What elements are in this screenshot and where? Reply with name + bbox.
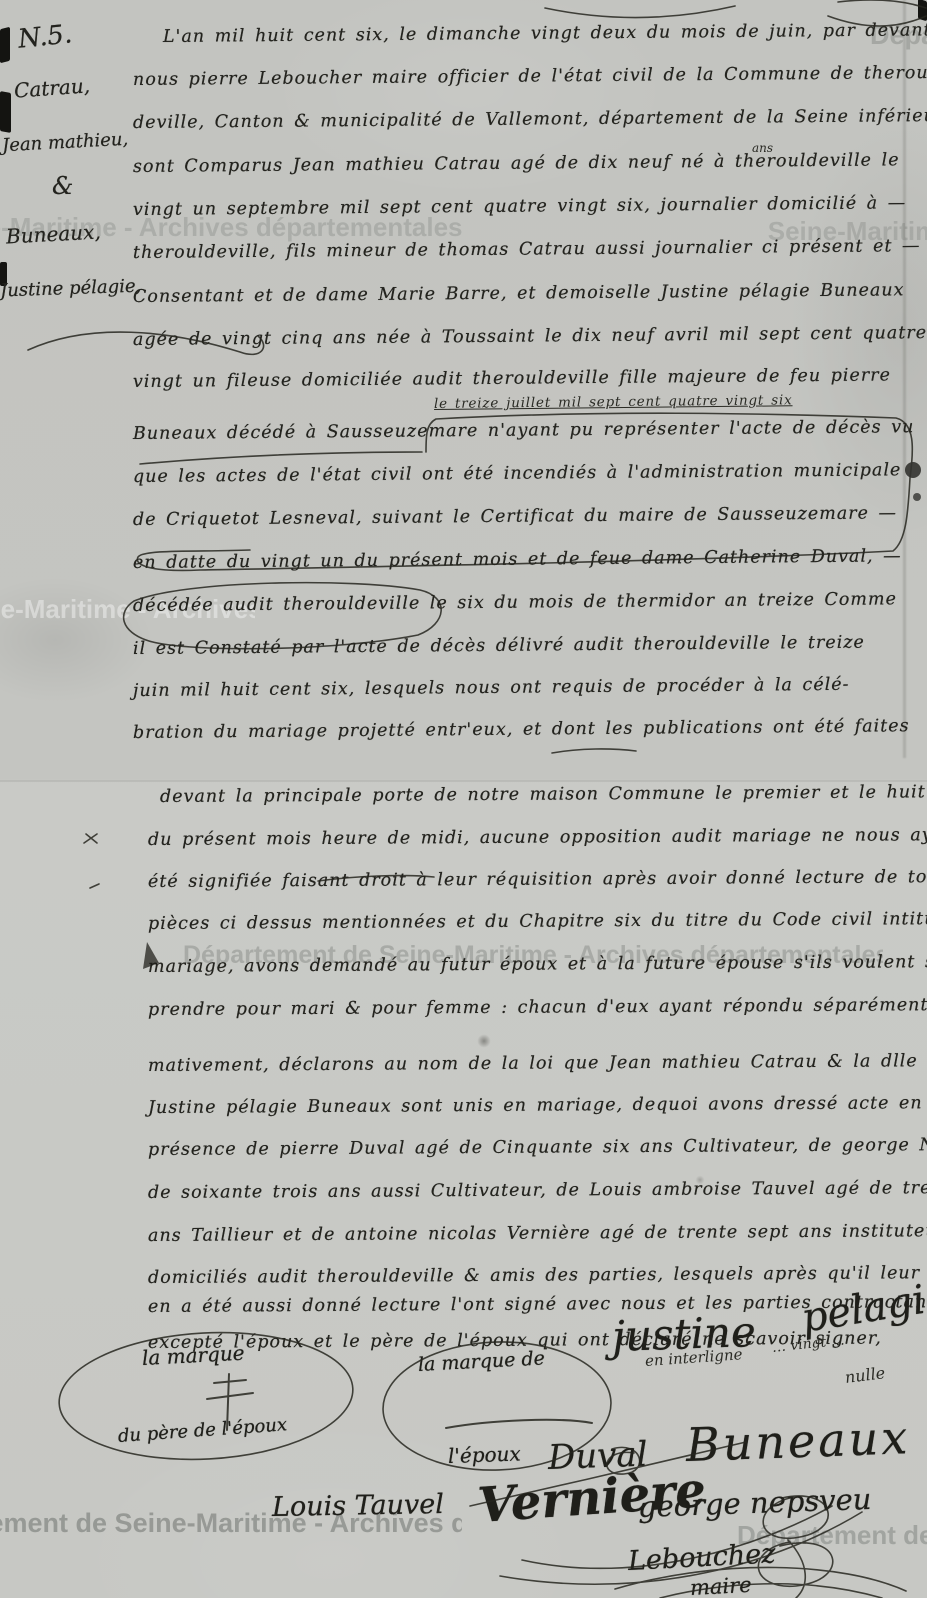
act-text-line: de Criquetot Lesneval, suivant le Certif… [133, 503, 897, 530]
act-text-line: deville, Canton & municipalité de Vallem… [133, 106, 927, 133]
top-flourish [545, 6, 735, 18]
interline-insertion: le treize juillet mil sept cent quatre v… [434, 392, 793, 412]
act-text-line: il est Constaté par l'acte de décès déli… [133, 633, 865, 659]
act-text-line: mariage, avons demandé au futur époux et… [148, 952, 927, 977]
act-text-line: Justine pélagie Buneaux sont unis en mar… [148, 1093, 923, 1118]
mayor-signature: Lebouchez [627, 1538, 776, 1577]
act-text-line: nous pierre Leboucher maire officier de … [133, 63, 927, 90]
margin-et-symbol: & [52, 172, 73, 200]
groom-mark-stroke [446, 1420, 592, 1428]
scan-edge-mark [0, 27, 10, 63]
act-text-line: en datte du vingt un du présent mois et … [133, 546, 902, 573]
act-text-line: sont Comparus Jean mathieu Catrau agé de… [133, 150, 900, 177]
mayor-title: maire [689, 1573, 752, 1598]
act-text-line: Buneaux décédé à Sausseuzemare n'ayant p… [133, 417, 914, 444]
scan-edge-mark [918, 0, 927, 21]
interline-ans: ans [752, 141, 773, 155]
act-text-line: vingt un fileuse domiciliée audit therou… [133, 365, 891, 392]
witness-verniere-signature: Vernière [476, 1462, 708, 1534]
interline-approval-nulle: nulle [844, 1363, 886, 1387]
margin-groom-surname: Catrau, [13, 73, 90, 102]
act-text-line: Consentant et de dame Marie Barre, et de… [133, 280, 905, 307]
groom-mark-caption-2: l'époux [448, 1441, 522, 1468]
act-text-line: juin mil huit cent six, lesquels nous on… [133, 675, 850, 701]
act-text-line: été signifiée faisant droit à leur réqui… [148, 867, 927, 892]
underline-entreux [552, 749, 636, 753]
bride-family-signature: Buneaux [685, 1410, 911, 1472]
margin-groom-given-name: Jean mathieu, [2, 129, 129, 157]
margin-check [90, 884, 99, 888]
ink-blob [913, 493, 921, 501]
act-text-line: de soixante trois ans aussi Cultivateur,… [148, 1178, 927, 1203]
witness-tauvel-signature: Louis Tauvel [272, 1489, 444, 1523]
act-text-line: devant la principale porte de notre mais… [160, 782, 926, 807]
act-text-line: ans Taillieur et de antoine nicolas Vern… [148, 1221, 927, 1246]
annotation-box-underline [140, 452, 422, 464]
act-text-line: du présent mois heure de midi, aucune op… [148, 825, 927, 850]
father-mark-caption-2: du père de l'époux [117, 1414, 287, 1447]
bride-signature-first: justine [611, 1307, 756, 1361]
top-flourish [838, 0, 926, 8]
register-page-scan: Département de Seine-Maritime - Archives… [0, 0, 927, 1598]
margin-check [84, 834, 97, 843]
act-text-line: mativement, déclarons au nom de la loi q… [148, 1051, 918, 1076]
act-text-line: agée de vingt cinq ans née à Toussaint l… [133, 323, 927, 350]
scan-edge-mark [0, 91, 11, 133]
margin-bride-surname: Buneaux, [5, 220, 101, 249]
act-text-line: que les actes de l'état civil ont été in… [133, 460, 902, 487]
groom-mark-caption-1: la marque de [417, 1347, 545, 1376]
act-text-line: pièces ci dessus mentionnées et du Chapi… [148, 909, 927, 934]
act-text-line: domiciliés audit therouldeville & amis d… [148, 1263, 920, 1288]
father-mark-caption-1: la marque [141, 1341, 245, 1370]
act-text-line: prendre pour mari & pour femme : chacun … [148, 995, 927, 1020]
margin-bride-given-name: Justine pélagie, [0, 276, 142, 302]
ink-blob [905, 462, 921, 478]
act-number: N.5. [17, 19, 74, 54]
scan-seam [0, 780, 927, 782]
act-text-line: bration du mariage projetté entr'eux, et… [133, 716, 910, 743]
act-text-line: présence de pierre Duval agé de Cinquant… [148, 1135, 927, 1160]
act-text-line: L'an mil huit cent six, le dimanche ving… [163, 20, 927, 47]
